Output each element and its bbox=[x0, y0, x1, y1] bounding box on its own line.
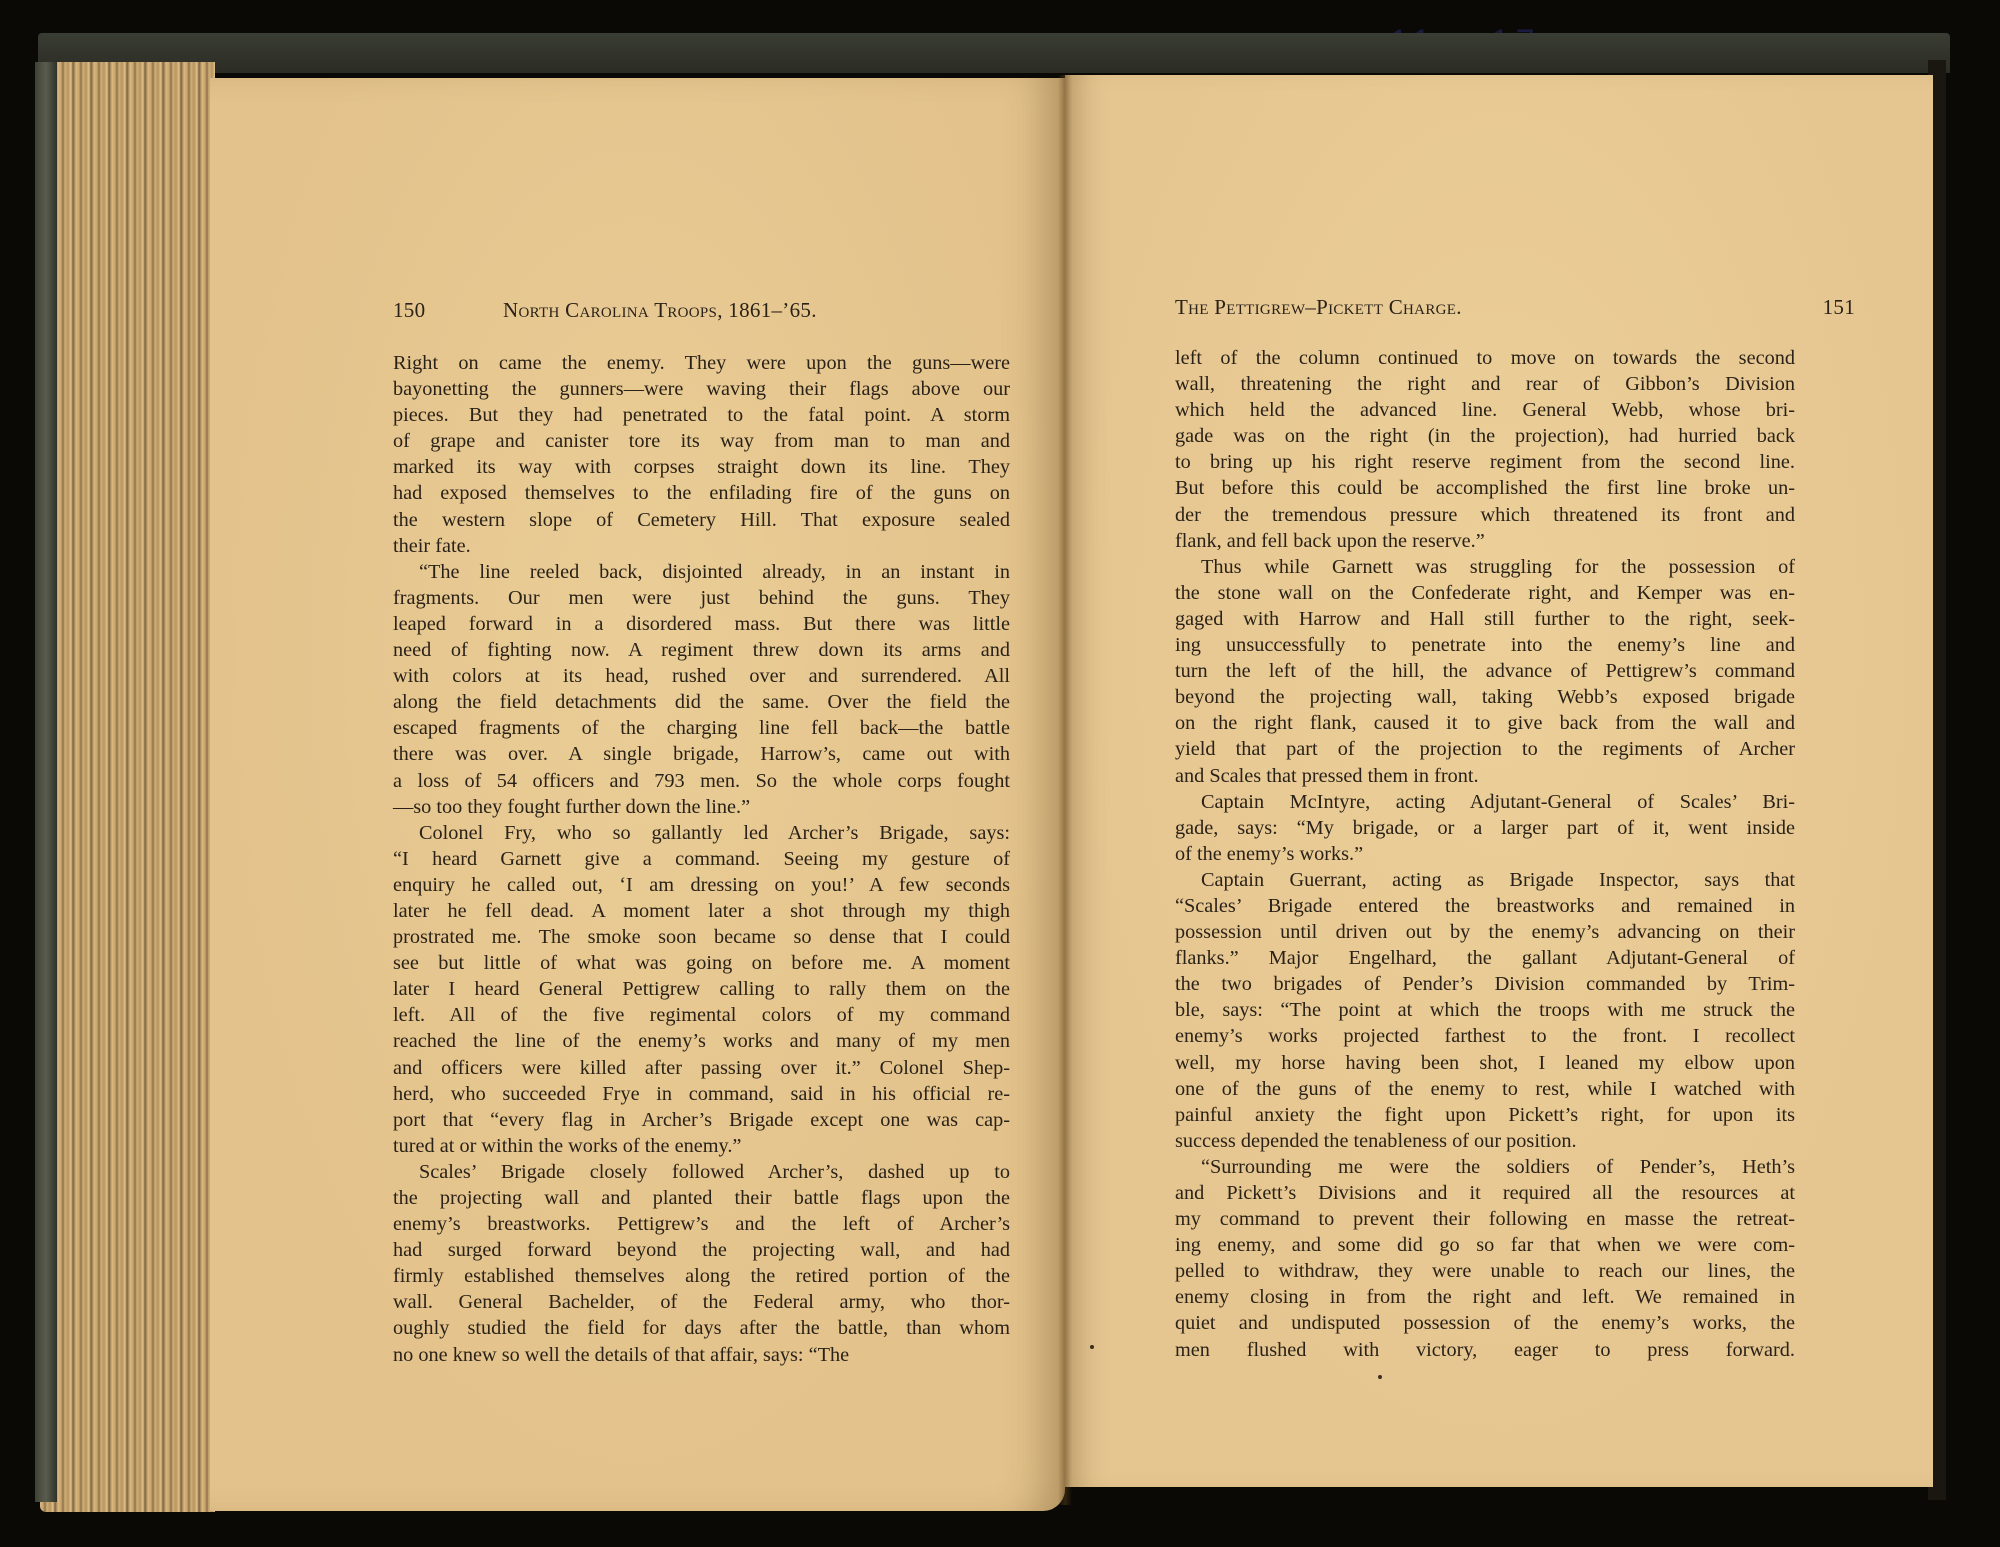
text-line: later he fell dead. A moment later a sho… bbox=[393, 898, 1010, 924]
text-line: and officers were killed after passing o… bbox=[393, 1055, 1010, 1081]
text-line: Right on came the enemy. They were upon … bbox=[393, 350, 1010, 376]
text-line: flanks.” Major Engelhard, the gallant Ad… bbox=[1175, 945, 1795, 971]
text-line: wall, threatening the right and rear of … bbox=[1175, 371, 1795, 397]
text-line: turn the left of the hill, the advance o… bbox=[1175, 658, 1795, 684]
text-line: see but little of what was going on befo… bbox=[393, 950, 1010, 976]
text-line: left of the column continued to move on … bbox=[1175, 345, 1795, 371]
text-line: to bring up his right reserve regiment f… bbox=[1175, 449, 1795, 475]
text-line: later I heard General Pettigrew calling … bbox=[393, 976, 1010, 1002]
running-head-title: The Pettigrew–Pickett Charge. bbox=[1175, 295, 1462, 320]
text-line: Captain McIntyre, acting Adjutant-Genera… bbox=[1175, 789, 1795, 815]
text-line: herd, who succeeded Frye in command, sai… bbox=[393, 1081, 1010, 1107]
text-line: Captain Guerrant, acting as Brigade Insp… bbox=[1175, 867, 1795, 893]
paper-speck bbox=[1090, 1345, 1094, 1349]
text-line: enemy’s breastworks. Pettigrew’s and the… bbox=[393, 1211, 1010, 1237]
text-line: left. All of the five regimental colors … bbox=[393, 1002, 1010, 1028]
text-line: yield that part of the projection to the… bbox=[1175, 736, 1795, 762]
text-line: their fate. bbox=[393, 533, 1010, 559]
running-head-left: 150 North Carolina Troops, 1861–’65. bbox=[393, 298, 1098, 323]
text-line: marked its way with corpses straight dow… bbox=[393, 454, 1010, 480]
book-cover-left bbox=[35, 62, 57, 1502]
text-line: pieces. But they had penetrated to the f… bbox=[393, 402, 1010, 428]
text-line: pelled to withdraw, they were unable to … bbox=[1175, 1258, 1795, 1284]
text-line: flank, and fell back upon the reserve.” bbox=[1175, 528, 1795, 554]
running-head-title: North Carolina Troops, 1861–’65. bbox=[503, 298, 817, 323]
text-line: painful anxiety the fight upon Pickett’s… bbox=[1175, 1102, 1795, 1128]
text-line: “Scales’ Brigade entered the breastworks… bbox=[1175, 893, 1795, 919]
text-line: leaped forward in a disordered mass. But… bbox=[393, 611, 1010, 637]
page-body-text: left of the column continued to move on … bbox=[1175, 345, 1795, 1363]
left-page: 150 North Carolina Troops, 1861–’65. Rig… bbox=[210, 78, 1065, 1511]
text-line: men flushed with victory, eager to press… bbox=[1175, 1337, 1795, 1363]
text-line: of the enemy’s works.” bbox=[1175, 841, 1795, 867]
text-line: of grape and canister tore its way from … bbox=[393, 428, 1010, 454]
page-number: 150 bbox=[393, 298, 503, 323]
text-line: But before this could be accomplished th… bbox=[1175, 475, 1795, 501]
text-line: and Scales that pressed them in front. bbox=[1175, 763, 1795, 789]
text-line: beyond the projecting wall, taking Webb’… bbox=[1175, 684, 1795, 710]
text-line: success depended the tenableness of our … bbox=[1175, 1128, 1795, 1154]
text-line: the stone wall on the Confederate right,… bbox=[1175, 580, 1795, 606]
text-line: —so too they fought further down the lin… bbox=[393, 794, 1010, 820]
text-line: possession until driven out by the enemy… bbox=[1175, 919, 1795, 945]
book-cover-top bbox=[38, 33, 1950, 73]
text-line: well, my horse having been shot, I leane… bbox=[1175, 1050, 1795, 1076]
text-line: one of the guns of the enemy to rest, wh… bbox=[1175, 1076, 1795, 1102]
text-line: Colonel Fry, who so gallantly led Archer… bbox=[393, 820, 1010, 846]
text-line: fragments. Our men were just behind the … bbox=[393, 585, 1010, 611]
text-line: no one knew so well the details of that … bbox=[393, 1342, 1010, 1368]
text-line: oughly studied the field for days after … bbox=[393, 1315, 1010, 1341]
text-line: the projecting wall and planted their ba… bbox=[393, 1185, 1010, 1211]
text-line: ble, says: “The point at which the troop… bbox=[1175, 997, 1795, 1023]
text-line: port that “every flag in Archer’s Brigad… bbox=[393, 1107, 1010, 1133]
text-line: had exposed themselves to the enfilading… bbox=[393, 480, 1010, 506]
text-line: a loss of 54 officers and 793 men. So th… bbox=[393, 768, 1010, 794]
text-line: ing enemy, and some did go so far that w… bbox=[1175, 1232, 1795, 1258]
text-line: ing unsuccessfully to penetrate into the… bbox=[1175, 632, 1795, 658]
text-line: tured at or within the works of the enem… bbox=[393, 1133, 1010, 1159]
text-line: escaped fragments of the charging line f… bbox=[393, 715, 1010, 741]
text-line: gade was on the right (in the projection… bbox=[1175, 423, 1795, 449]
text-line: “I heard Garnett give a command. Seeing … bbox=[393, 846, 1010, 872]
text-line: der the tremendous pressure which threat… bbox=[1175, 502, 1795, 528]
text-line: gaged with Harrow and Hall still further… bbox=[1175, 606, 1795, 632]
text-line: firmly established themselves along the … bbox=[393, 1263, 1010, 1289]
page-number: 151 bbox=[1823, 295, 1855, 320]
text-line: Scales’ Brigade closely followed Archer’… bbox=[393, 1159, 1010, 1185]
text-line: wall. General Bachelder, of the Federal … bbox=[393, 1289, 1010, 1315]
text-line: gade, says: “My brigade, or a larger par… bbox=[1175, 815, 1795, 841]
text-line: enemy closing in from the right and left… bbox=[1175, 1284, 1795, 1310]
page-body-text: Right on came the enemy. They were upon … bbox=[393, 350, 1010, 1368]
text-line: the western slope of Cemetery Hill. That… bbox=[393, 507, 1010, 533]
book-gutter bbox=[1058, 75, 1072, 1505]
running-head-right: The Pettigrew–Pickett Charge. 151 bbox=[1175, 295, 1855, 320]
text-line: along the field detachments did the same… bbox=[393, 689, 1010, 715]
text-line: enquiry he called out, ‘I am dressing on… bbox=[393, 872, 1010, 898]
text-line: had surged forward beyond the projecting… bbox=[393, 1237, 1010, 1263]
text-line: “The line reeled back, disjointed alread… bbox=[393, 559, 1010, 585]
text-line: with colors at its head, rushed over and… bbox=[393, 663, 1010, 689]
text-line: “Surrounding me were the soldiers of Pen… bbox=[1175, 1154, 1795, 1180]
page-stack-edges bbox=[40, 62, 215, 1512]
text-line: which held the advanced line. General We… bbox=[1175, 397, 1795, 423]
text-line: need of fighting now. A regiment threw d… bbox=[393, 637, 1010, 663]
text-line: Thus while Garnett was struggling for th… bbox=[1175, 554, 1795, 580]
text-line: there was over. A single brigade, Harrow… bbox=[393, 741, 1010, 767]
right-page: The Pettigrew–Pickett Charge. 151 left o… bbox=[1065, 75, 1933, 1487]
text-line: on the right flank, caused it to give ba… bbox=[1175, 710, 1795, 736]
text-line: the two brigades of Pender’s Division co… bbox=[1175, 971, 1795, 997]
text-line: reached the line of the enemy’s works an… bbox=[393, 1028, 1010, 1054]
text-line: bayonetting the gunners—were waving thei… bbox=[393, 376, 1010, 402]
text-line: prostrated me. The smoke soon became so … bbox=[393, 924, 1010, 950]
text-line: my command to prevent their following en… bbox=[1175, 1206, 1795, 1232]
text-line: quiet and undisputed possession of the e… bbox=[1175, 1310, 1795, 1336]
text-line: enemy’s works projected farthest to the … bbox=[1175, 1023, 1795, 1049]
text-line: and Pickett’s Divisions and it required … bbox=[1175, 1180, 1795, 1206]
paper-speck bbox=[1378, 1375, 1382, 1379]
